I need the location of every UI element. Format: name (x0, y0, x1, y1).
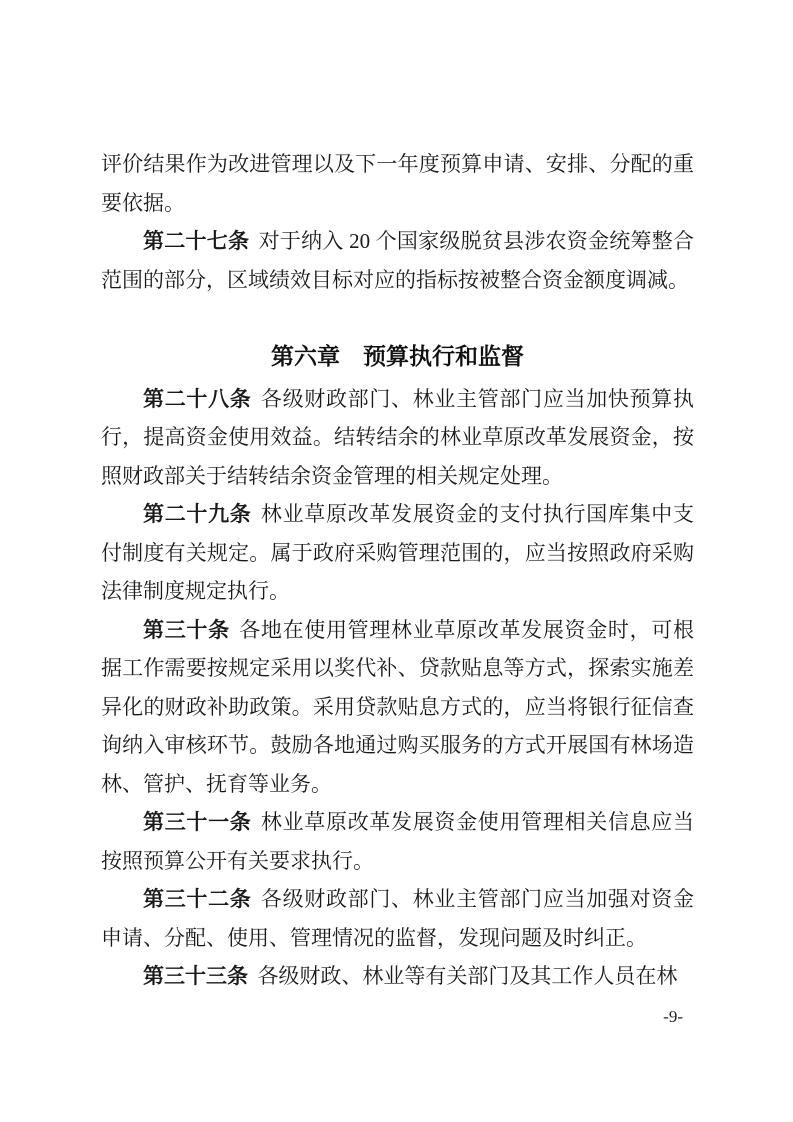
article-number-label: 第二十九条 (143, 502, 251, 526)
paragraph-article-32: 第三十二条各级财政部门、林业主管部门应当加强对资金申请、分配、使用、管理情况的监… (101, 880, 694, 957)
paragraph-text: 各级财政、林业等有关部门及其工作人员在林 (257, 964, 677, 988)
paragraph-continuation: 评价结果作为改进管理以及下一年度预算申请、安排、分配的重要依据。 (101, 145, 694, 222)
article-number-label: 第二十八条 (143, 387, 251, 411)
article-number-label: 第三十二条 (143, 887, 251, 911)
document-page: 评价结果作为改进管理以及下一年度预算申请、安排、分配的重要依据。 第二十七条对于… (0, 0, 793, 1122)
article-number-label: 第二十七条 (143, 229, 249, 253)
paragraph-article-29: 第二十九条林业草原改革发展资金的支付执行国库集中支付制度有关规定。属于政府采购管… (101, 495, 694, 611)
paragraph-article-33: 第三十三条各级财政、林业等有关部门及其工作人员在林 (101, 957, 694, 996)
page-number: -9- (663, 1007, 683, 1027)
document-body: 评价结果作为改进管理以及下一年度预算申请、安排、分配的重要依据。 第二十七条对于… (101, 145, 694, 996)
article-number-label: 第三十条 (143, 618, 230, 642)
paragraph-text: 评价结果作为改进管理以及下一年度预算申请、安排、分配的重要依据。 (101, 152, 694, 215)
chapter-heading: 第六章 预算执行和监督 (101, 337, 694, 376)
paragraph-article-30: 第三十条各地在使用管理林业草原改革发展资金时，可根据工作需要按规定采用以奖代补、… (101, 611, 694, 804)
article-number-label: 第三十三条 (143, 964, 248, 988)
paragraph-article-28: 第二十八条各级财政部门、林业主管部门应当加快预算执行，提高资金使用效益。结转结余… (101, 380, 694, 496)
paragraph-text: 各地在使用管理林业草原改革发展资金时，可根据工作需要按规定采用以奖代补、贷款贴息… (101, 618, 694, 796)
article-number-label: 第三十一条 (143, 810, 251, 834)
paragraph-article-31: 第三十一条林业草原改革发展资金使用管理相关信息应当按照预算公开有关要求执行。 (101, 803, 694, 880)
paragraph-article-27: 第二十七条对于纳入 20 个国家级脱贫县涉农资金统筹整合范围的部分，区域绩效目标… (101, 222, 694, 299)
